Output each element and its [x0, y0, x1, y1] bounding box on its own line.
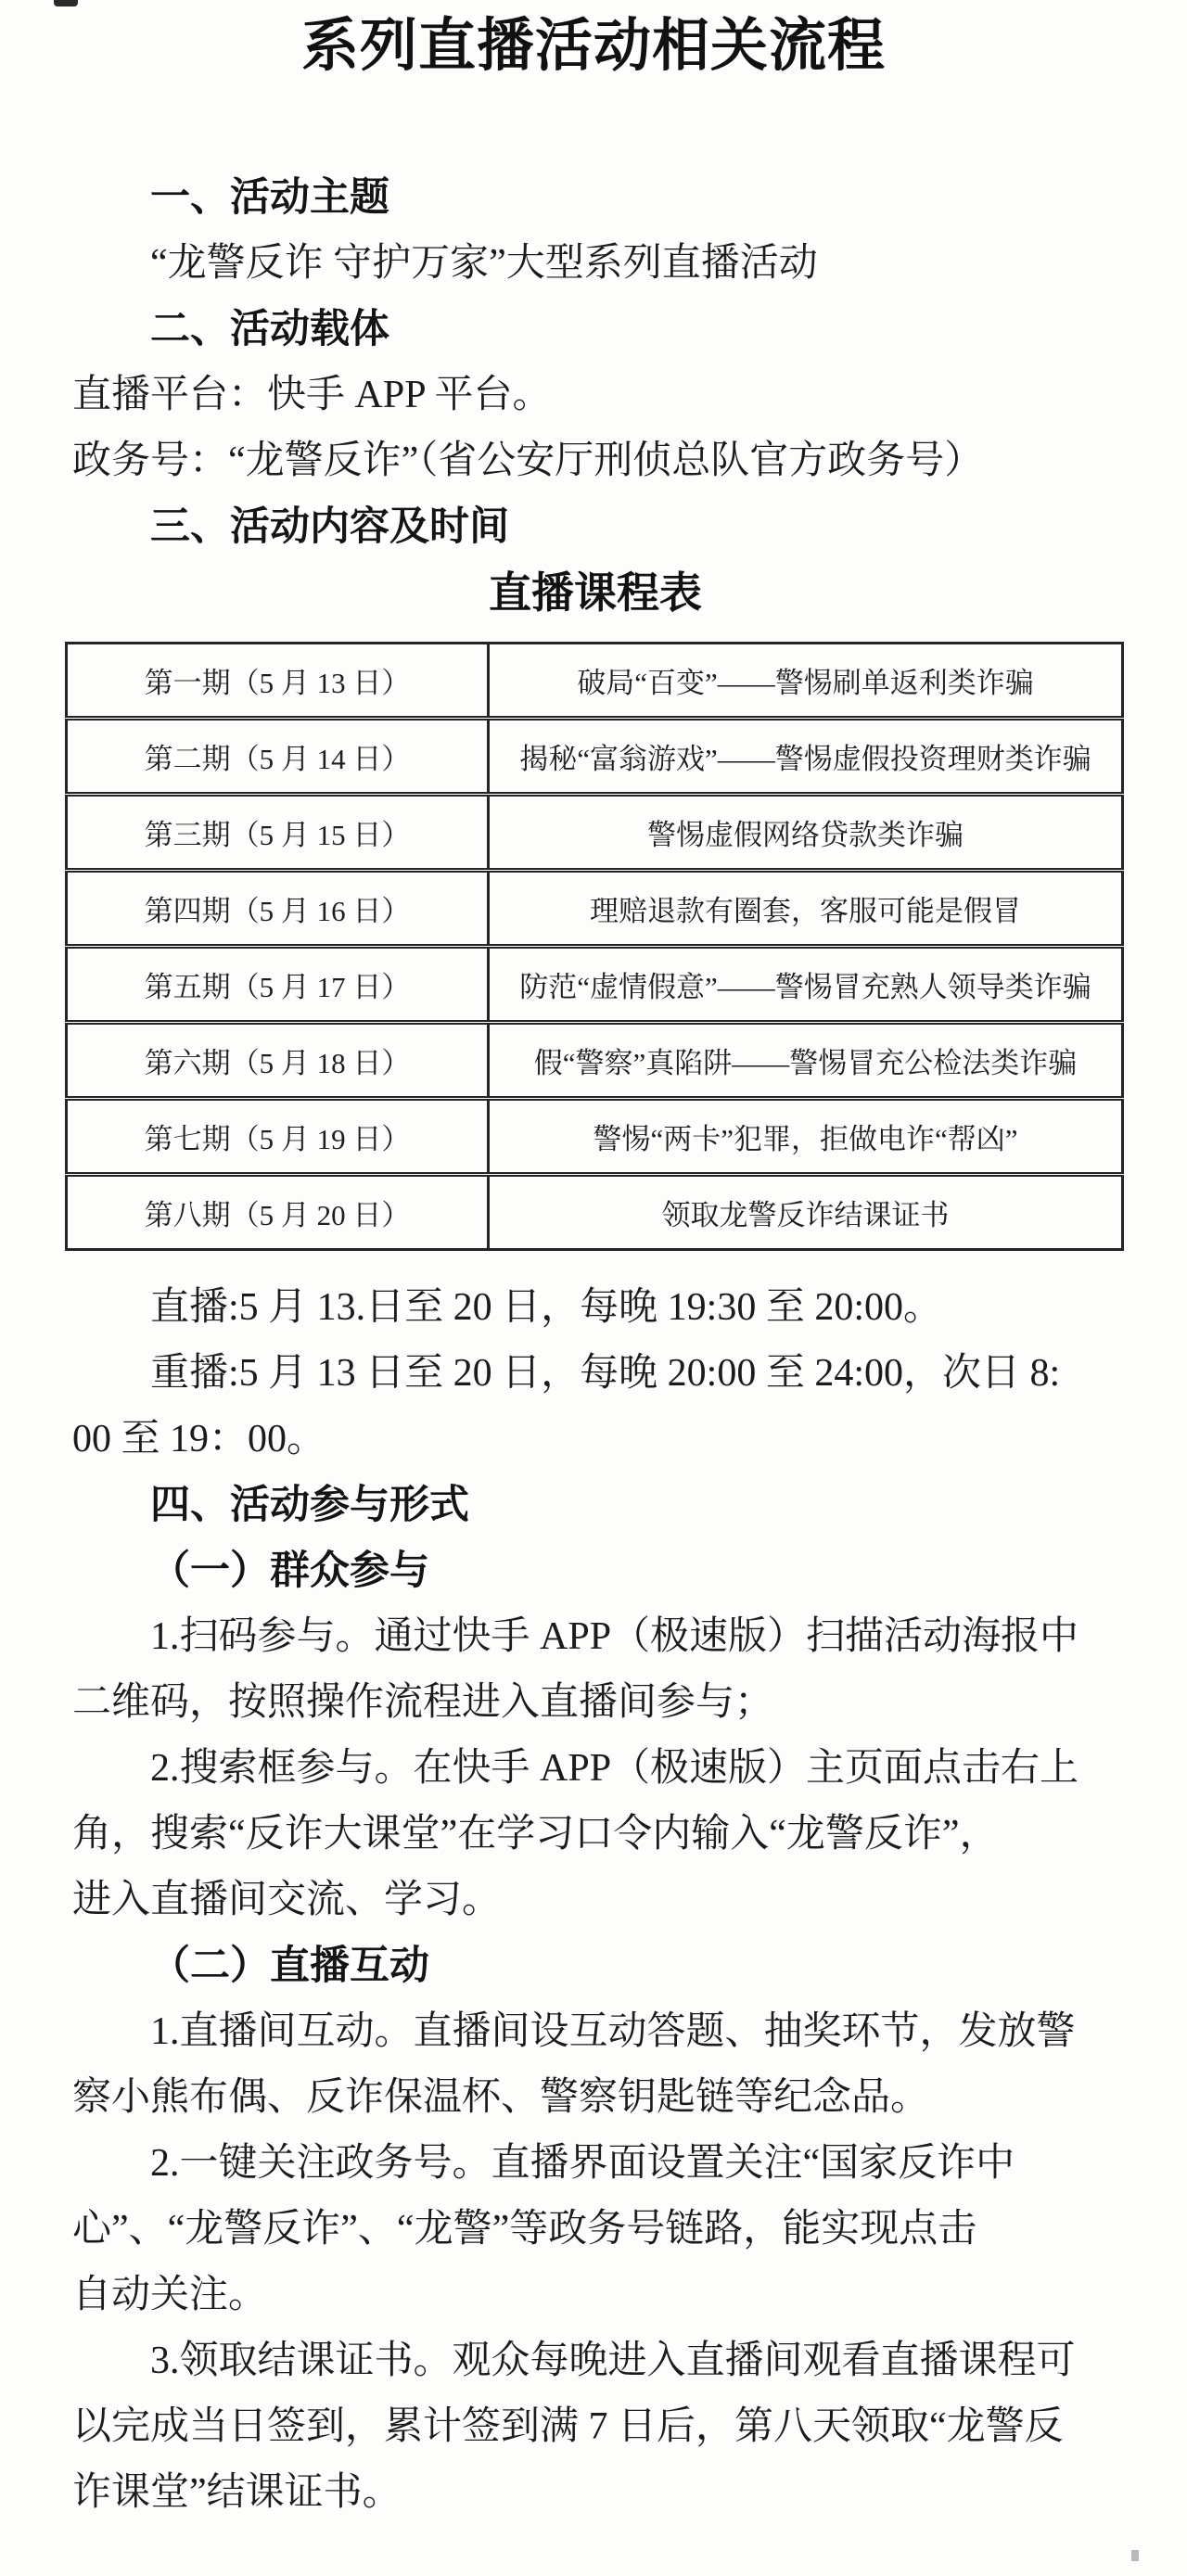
table-row: 第五期（5 月 17 日） 防范“虚情假意”——警惕冒充熟人领导类诈骗 [67, 947, 1123, 1023]
document-title: 系列直播活动相关流程 [0, 0, 1187, 80]
interaction-line: 心”、“龙警反诈”、“龙警”等政务号链路，能实现点击 [72, 2197, 1118, 2263]
subsection1-heading: （一）群众参与 [72, 1538, 1118, 1604]
mass-participation-line: 二维码，按照操作流程进入直播间参与； [72, 1670, 1118, 1736]
topic-cell: 揭秘“富翁游戏”——警惕虚假投资理财类诈骗 [489, 719, 1123, 795]
interaction-line: 自动关注。 [72, 2263, 1118, 2328]
interaction-line: 3.领取结课证书。观众每晚进入直播间观看直播课程可 [72, 2328, 1118, 2394]
topic-cell: 警惕“两卡”犯罪，拒做电诈“帮凶” [489, 1099, 1123, 1175]
live-time-line: 直播:5 月 13.日至 20 日，每晚 19:30 至 20:00。 [72, 1275, 1118, 1341]
scan-speck-artifact [1131, 2550, 1139, 2561]
table-row: 第七期（5 月 19 日） 警惕“两卡”犯罪，拒做电诈“帮凶” [67, 1099, 1123, 1175]
schedule-table-title: 直播课程表 [72, 560, 1118, 626]
table-row: 第四期（5 月 16 日） 理赔退款有圈套，客服可能是假冒 [67, 871, 1123, 947]
table-row: 第八期（5 月 20 日） 领取龙警反诈结课证书 [67, 1175, 1123, 1250]
document-body: 一、活动主题 “龙警反诈 守护万家”大型系列直播活动 二、活动载体 直播平台：快… [72, 165, 1118, 2526]
interaction-line: 以完成当日签到，累计签到满 7 日后，第八天领取“龙警反 [72, 2394, 1118, 2460]
interaction-line: 察小熊布偶、反诈保温杯、警察钥匙链等纪念品。 [72, 2065, 1118, 2131]
period-cell: 第七期（5 月 19 日） [67, 1099, 489, 1175]
period-cell: 第三期（5 月 15 日） [67, 795, 489, 871]
period-cell: 第五期（5 月 17 日） [67, 947, 489, 1023]
topic-cell: 假“警察”真陷阱——警惕冒充公检法类诈骗 [489, 1023, 1123, 1099]
schedule-table: 第一期（5 月 13 日） 破局“百变”——警惕刷单返利类诈骗 第二期（5 月 … [65, 642, 1124, 1251]
table-row: 第一期（5 月 13 日） 破局“百变”——警惕刷单返利类诈骗 [67, 644, 1123, 719]
interaction-line: 1.直播间互动。直播间设互动答题、抽奖环节，发放警 [72, 1999, 1118, 2065]
document-page: 系列直播活动相关流程 一、活动主题 “龙警反诈 守护万家”大型系列直播活动 二、… [0, 0, 1187, 2576]
replay-time-line-2: 00 至 19：00。 [72, 1407, 1118, 1473]
topic-cell: 破局“百变”——警惕刷单返利类诈骗 [489, 644, 1123, 719]
mass-participation-line: 1.扫码参与。通过快手 APP（极速版）扫描活动海报中 [72, 1604, 1118, 1670]
period-cell: 第一期（5 月 13 日） [67, 644, 489, 719]
interaction-line: 2.一键关注政务号。直播界面设置关注“国家反诈中 [72, 2131, 1118, 2197]
topic-cell: 领取龙警反诈结课证书 [489, 1175, 1123, 1250]
topic-cell: 理赔退款有圈套，客服可能是假冒 [489, 871, 1123, 947]
section3-heading: 三、活动内容及时间 [72, 494, 1118, 560]
mass-participation-line: 进入直播间交流、学习。 [72, 1868, 1118, 1933]
scan-smudge-artifact [54, 0, 78, 6]
section1-heading: 一、活动主题 [72, 165, 1118, 231]
mass-participation-line: 2.搜索框参与。在快手 APP（极速版）主页面点击右上 [72, 1736, 1118, 1802]
section4-heading: 四、活动参与形式 [72, 1473, 1118, 1538]
activity-theme-text: “龙警反诈 守护万家”大型系列直播活动 [72, 231, 1118, 297]
table-row: 第三期（5 月 15 日） 警惕虚假网络贷款类诈骗 [67, 795, 1123, 871]
interaction-line: 诈课堂”结课证书。 [72, 2460, 1118, 2526]
table-row: 第六期（5 月 18 日） 假“警察”真陷阱——警惕冒充公检法类诈骗 [67, 1023, 1123, 1099]
topic-cell: 警惕虚假网络贷款类诈骗 [489, 795, 1123, 871]
period-cell: 第二期（5 月 14 日） [67, 719, 489, 795]
table-row: 第二期（5 月 14 日） 揭秘“富翁游戏”——警惕虚假投资理财类诈骗 [67, 719, 1123, 795]
period-cell: 第四期（5 月 16 日） [67, 871, 489, 947]
replay-time-line-1: 重播:5 月 13 日至 20 日，每晚 20:00 至 24:00，次日 8: [72, 1341, 1118, 1407]
period-cell: 第六期（5 月 18 日） [67, 1023, 489, 1099]
topic-cell: 防范“虚情假意”——警惕冒充熟人领导类诈骗 [489, 947, 1123, 1023]
period-cell: 第八期（5 月 20 日） [67, 1175, 489, 1250]
mass-participation-line: 角，搜索“反诈大课堂”在学习口令内输入“龙警反诈”， [72, 1802, 1118, 1868]
gov-account-line: 政务号：“龙警反诈”（省公安厅刑侦总队官方政务号） [72, 428, 1118, 494]
subsection2-heading: （二）直播互动 [72, 1933, 1118, 1999]
section2-heading: 二、活动载体 [72, 297, 1118, 363]
platform-line: 直播平台：快手 APP 平台。 [72, 363, 1118, 428]
